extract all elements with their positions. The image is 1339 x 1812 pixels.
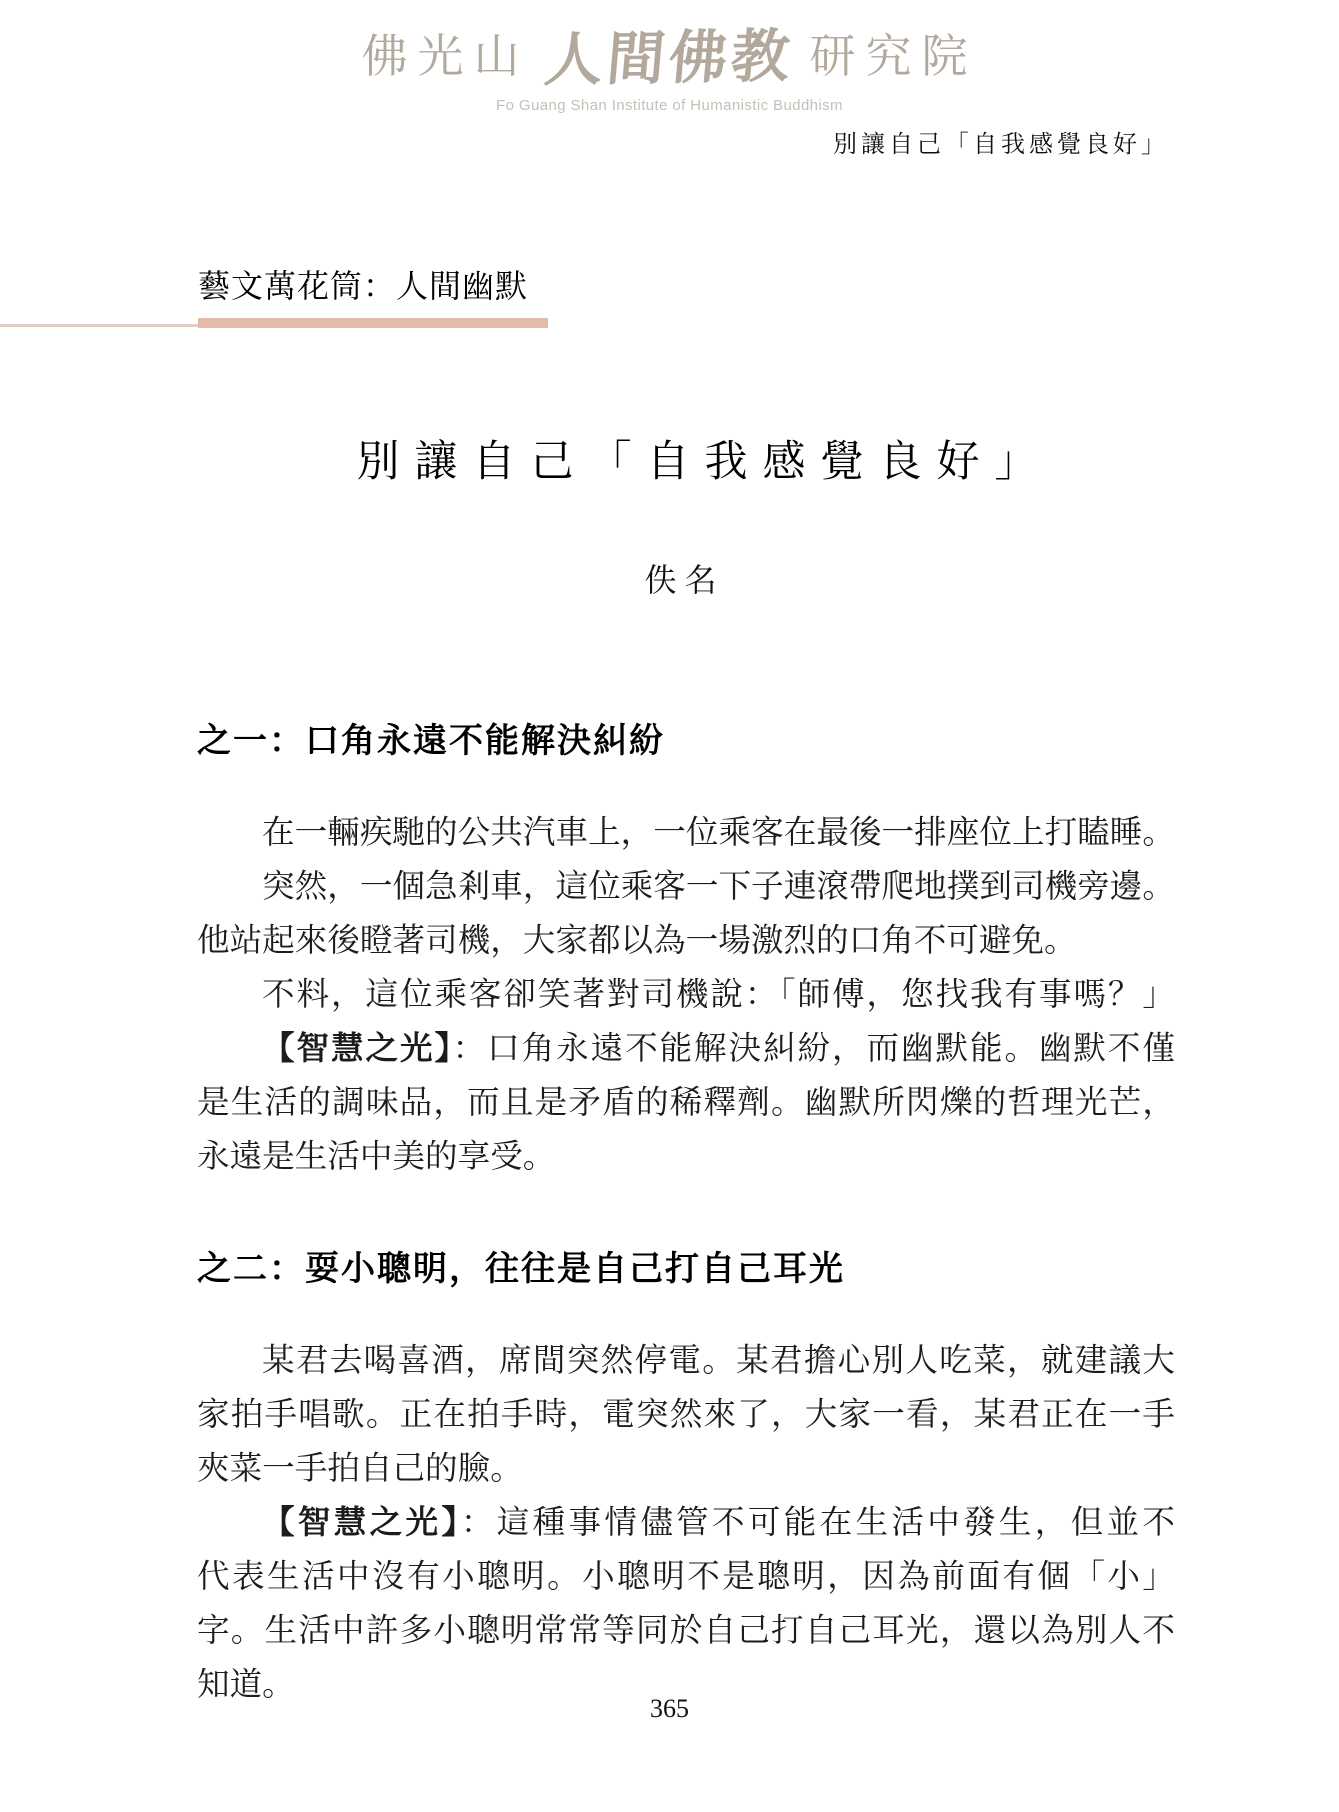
logo-suffix: 研究院 [810, 31, 978, 82]
logo-english-subtitle: Fo Guang Shan Institute of Humanistic Bu… [0, 96, 1339, 116]
section-label: 藝文萬花筒：人間幽默 [198, 266, 528, 306]
logo-brand-calligraphy: 人間佛教 [542, 24, 796, 94]
body-line: 不料，這位乘客卻笑著對司機說：「師傅，您找我有事嗎？」 [197, 968, 1175, 1022]
article-title: 別讓自己「自我感覺良好」 [0, 436, 1339, 490]
article-author: 佚名 [0, 558, 1339, 602]
section-thin-rule [0, 324, 198, 327]
logo-prefix: 佛光山 [361, 31, 529, 82]
article-body: 之一：口角永遠不能解決糾紛在一輛疾馳的公共汽車上，一位乘客在最後一排座位上打瞌睡… [197, 722, 1175, 1712]
logo-chinese: 佛光山人間佛教研究院 [0, 24, 1339, 92]
body-line: 永遠是生活中美的享受。 [197, 1130, 1175, 1184]
body-line: 【智慧之光】：口角永遠不能解決糾紛，而幽默能。幽默不僅 [197, 1022, 1175, 1076]
running-title: 別讓自己「自我感覺良好」 [833, 128, 1169, 162]
wisdom-of-light-label: 【智慧之光】 [262, 1505, 461, 1541]
body-line: 代表生活中沒有小聰明。小聰明不是聰明，因為前面有個「小」 [197, 1550, 1175, 1604]
section-heading: 之一：口角永遠不能解決糾紛 [197, 722, 1175, 762]
body-line: 在一輛疾馳的公共汽車上，一位乘客在最後一排座位上打瞌睡。 [197, 806, 1175, 860]
body-line: 【智慧之光】：這種事情儘管不可能在生活中發生，但並不 [197, 1496, 1175, 1550]
section-accent-bar [198, 318, 548, 328]
wisdom-of-light-label: 【智慧之光】 [262, 1031, 453, 1067]
page-number: 365 [0, 1694, 1339, 1724]
institute-logo: 佛光山人間佛教研究院 Fo Guang Shan Institute of Hu… [0, 24, 1339, 116]
body-line: 他站起來後瞪著司機，大家都以為一場激烈的口角不可避免。 [197, 914, 1175, 968]
body-line: 字。生活中許多小聰明常常等同於自己打自己耳光，還以為別人不 [197, 1604, 1175, 1658]
body-line: 突然，一個急剎車，這位乘客一下子連滾帶爬地撲到司機旁邊。 [197, 860, 1175, 914]
body-line: 夾菜一手拍自己的臉。 [197, 1442, 1175, 1496]
body-line: 是生活的調味品，而且是矛盾的稀釋劑。幽默所閃爍的哲理光芒， [197, 1076, 1175, 1130]
body-line: 某君去喝喜酒，席間突然停電。某君擔心別人吃菜，就建議大 [197, 1334, 1175, 1388]
section-heading: 之二：耍小聰明，往往是自己打自己耳光 [197, 1250, 1175, 1290]
page-background: { "page": { "number": "365", "background… [0, 0, 1339, 1812]
body-line: 家拍手唱歌。正在拍手時，電突然來了，大家一看，某君正在一手 [197, 1388, 1175, 1442]
